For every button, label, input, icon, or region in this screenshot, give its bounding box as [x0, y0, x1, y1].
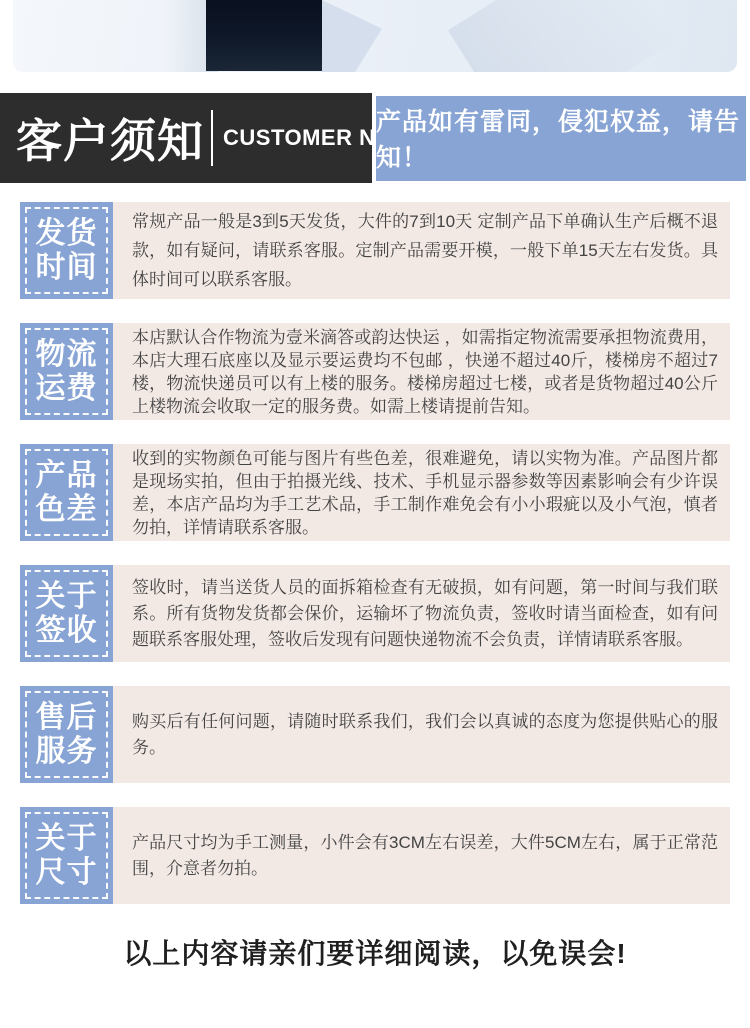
photo-dark-object [206, 0, 322, 71]
label-line: 签收 [36, 614, 98, 648]
section-label-box: 售后 服务 [20, 686, 113, 783]
section-after-sales: 售后 服务 购买后有任何问题，请随时联系我们，我们会以真诚的态度为您提供贴心的服… [20, 686, 730, 783]
customer-notes-header: 客户须知 CUSTOMER NOTES 产品如有雷同，侵犯权益，请告知！ [0, 93, 750, 183]
label-line: 尺寸 [36, 856, 98, 890]
section-label-box: 发货 时间 [20, 202, 113, 299]
section-label-box: 物流 运费 [20, 323, 113, 420]
label-line: 产品 [36, 459, 98, 493]
label-line: 发货 [36, 217, 98, 251]
photo-fold-shape-2 [448, 0, 678, 72]
label-line: 运费 [36, 372, 98, 406]
section-text: 收到的实物颜色可能与图片有些色差，很难避免，请以实物为准。产品图片都是现场实拍，… [113, 444, 730, 541]
label-line: 关于 [36, 580, 98, 614]
section-label: 发货 时间 [25, 207, 108, 294]
section-label-box: 关于 签收 [20, 565, 113, 662]
section-label-box: 产品 色差 [20, 444, 113, 541]
section-logistics-fee: 物流 运费 本店默认合作物流为壹米滴答或韵达快运 ，如需指定物流需要承担物流费用… [20, 323, 730, 420]
section-sign-receipt: 关于 签收 签收时，请当送货人员的面拆箱检查有无破损，如有问题，第一时间与我们联… [20, 565, 730, 662]
label-line: 色差 [36, 493, 98, 527]
label-line: 物流 [36, 338, 98, 372]
section-text: 常规产品一般是3到5天发货，大件的7到10天 定制产品下单确认生产后概不退款，如… [113, 202, 730, 299]
header-title-cn: 客户须知 [16, 105, 204, 171]
label-line: 售后 [36, 701, 98, 735]
section-color-difference: 产品 色差 收到的实物颜色可能与图片有些色差，很难避免，请以实物为准。产品图片都… [20, 444, 730, 541]
header-divider [211, 110, 213, 166]
section-label-box: 关于 尺寸 [20, 807, 113, 904]
photo-fold-shape [322, 0, 382, 72]
section-label: 关于 尺寸 [25, 812, 108, 899]
section-text: 产品尺寸均为手工测量，小件会有3CM左右误差，大件5CM左右，属于正常范围，介意… [113, 807, 730, 904]
section-label: 关于 签收 [25, 570, 108, 657]
section-label: 售后 服务 [25, 691, 108, 778]
header-title-block: 客户须知 CUSTOMER NOTES [0, 93, 372, 183]
header-notice-banner: 产品如有雷同，侵犯权益，请告知！ [376, 96, 746, 181]
product-photo [13, 0, 737, 72]
section-text: 本店默认合作物流为壹米滴答或韵达快运 ，如需指定物流需要承担物流费用，本店大理石… [113, 323, 730, 420]
section-shipping-time: 发货 时间 常规产品一般是3到5天发货，大件的7到10天 定制产品下单确认生产后… [20, 202, 730, 299]
label-line: 服务 [36, 735, 98, 769]
section-label: 产品 色差 [25, 449, 108, 536]
label-line: 时间 [36, 251, 98, 285]
section-text: 签收时，请当送货人员的面拆箱检查有无破损，如有问题，第一时间与我们联系。所有货物… [113, 565, 730, 662]
section-label: 物流 运费 [25, 328, 108, 415]
label-line: 关于 [36, 822, 98, 856]
section-text: 购买后有任何问题，请随时联系我们，我们会以真诚的态度为您提供贴心的服务。 [113, 686, 730, 783]
footer-reminder: 以上内容请亲们要详细阅读，以免误会! [0, 932, 750, 972]
section-size-note: 关于 尺寸 产品尺寸均为手工测量，小件会有3CM左右误差，大件5CM左右，属于正… [20, 807, 730, 904]
